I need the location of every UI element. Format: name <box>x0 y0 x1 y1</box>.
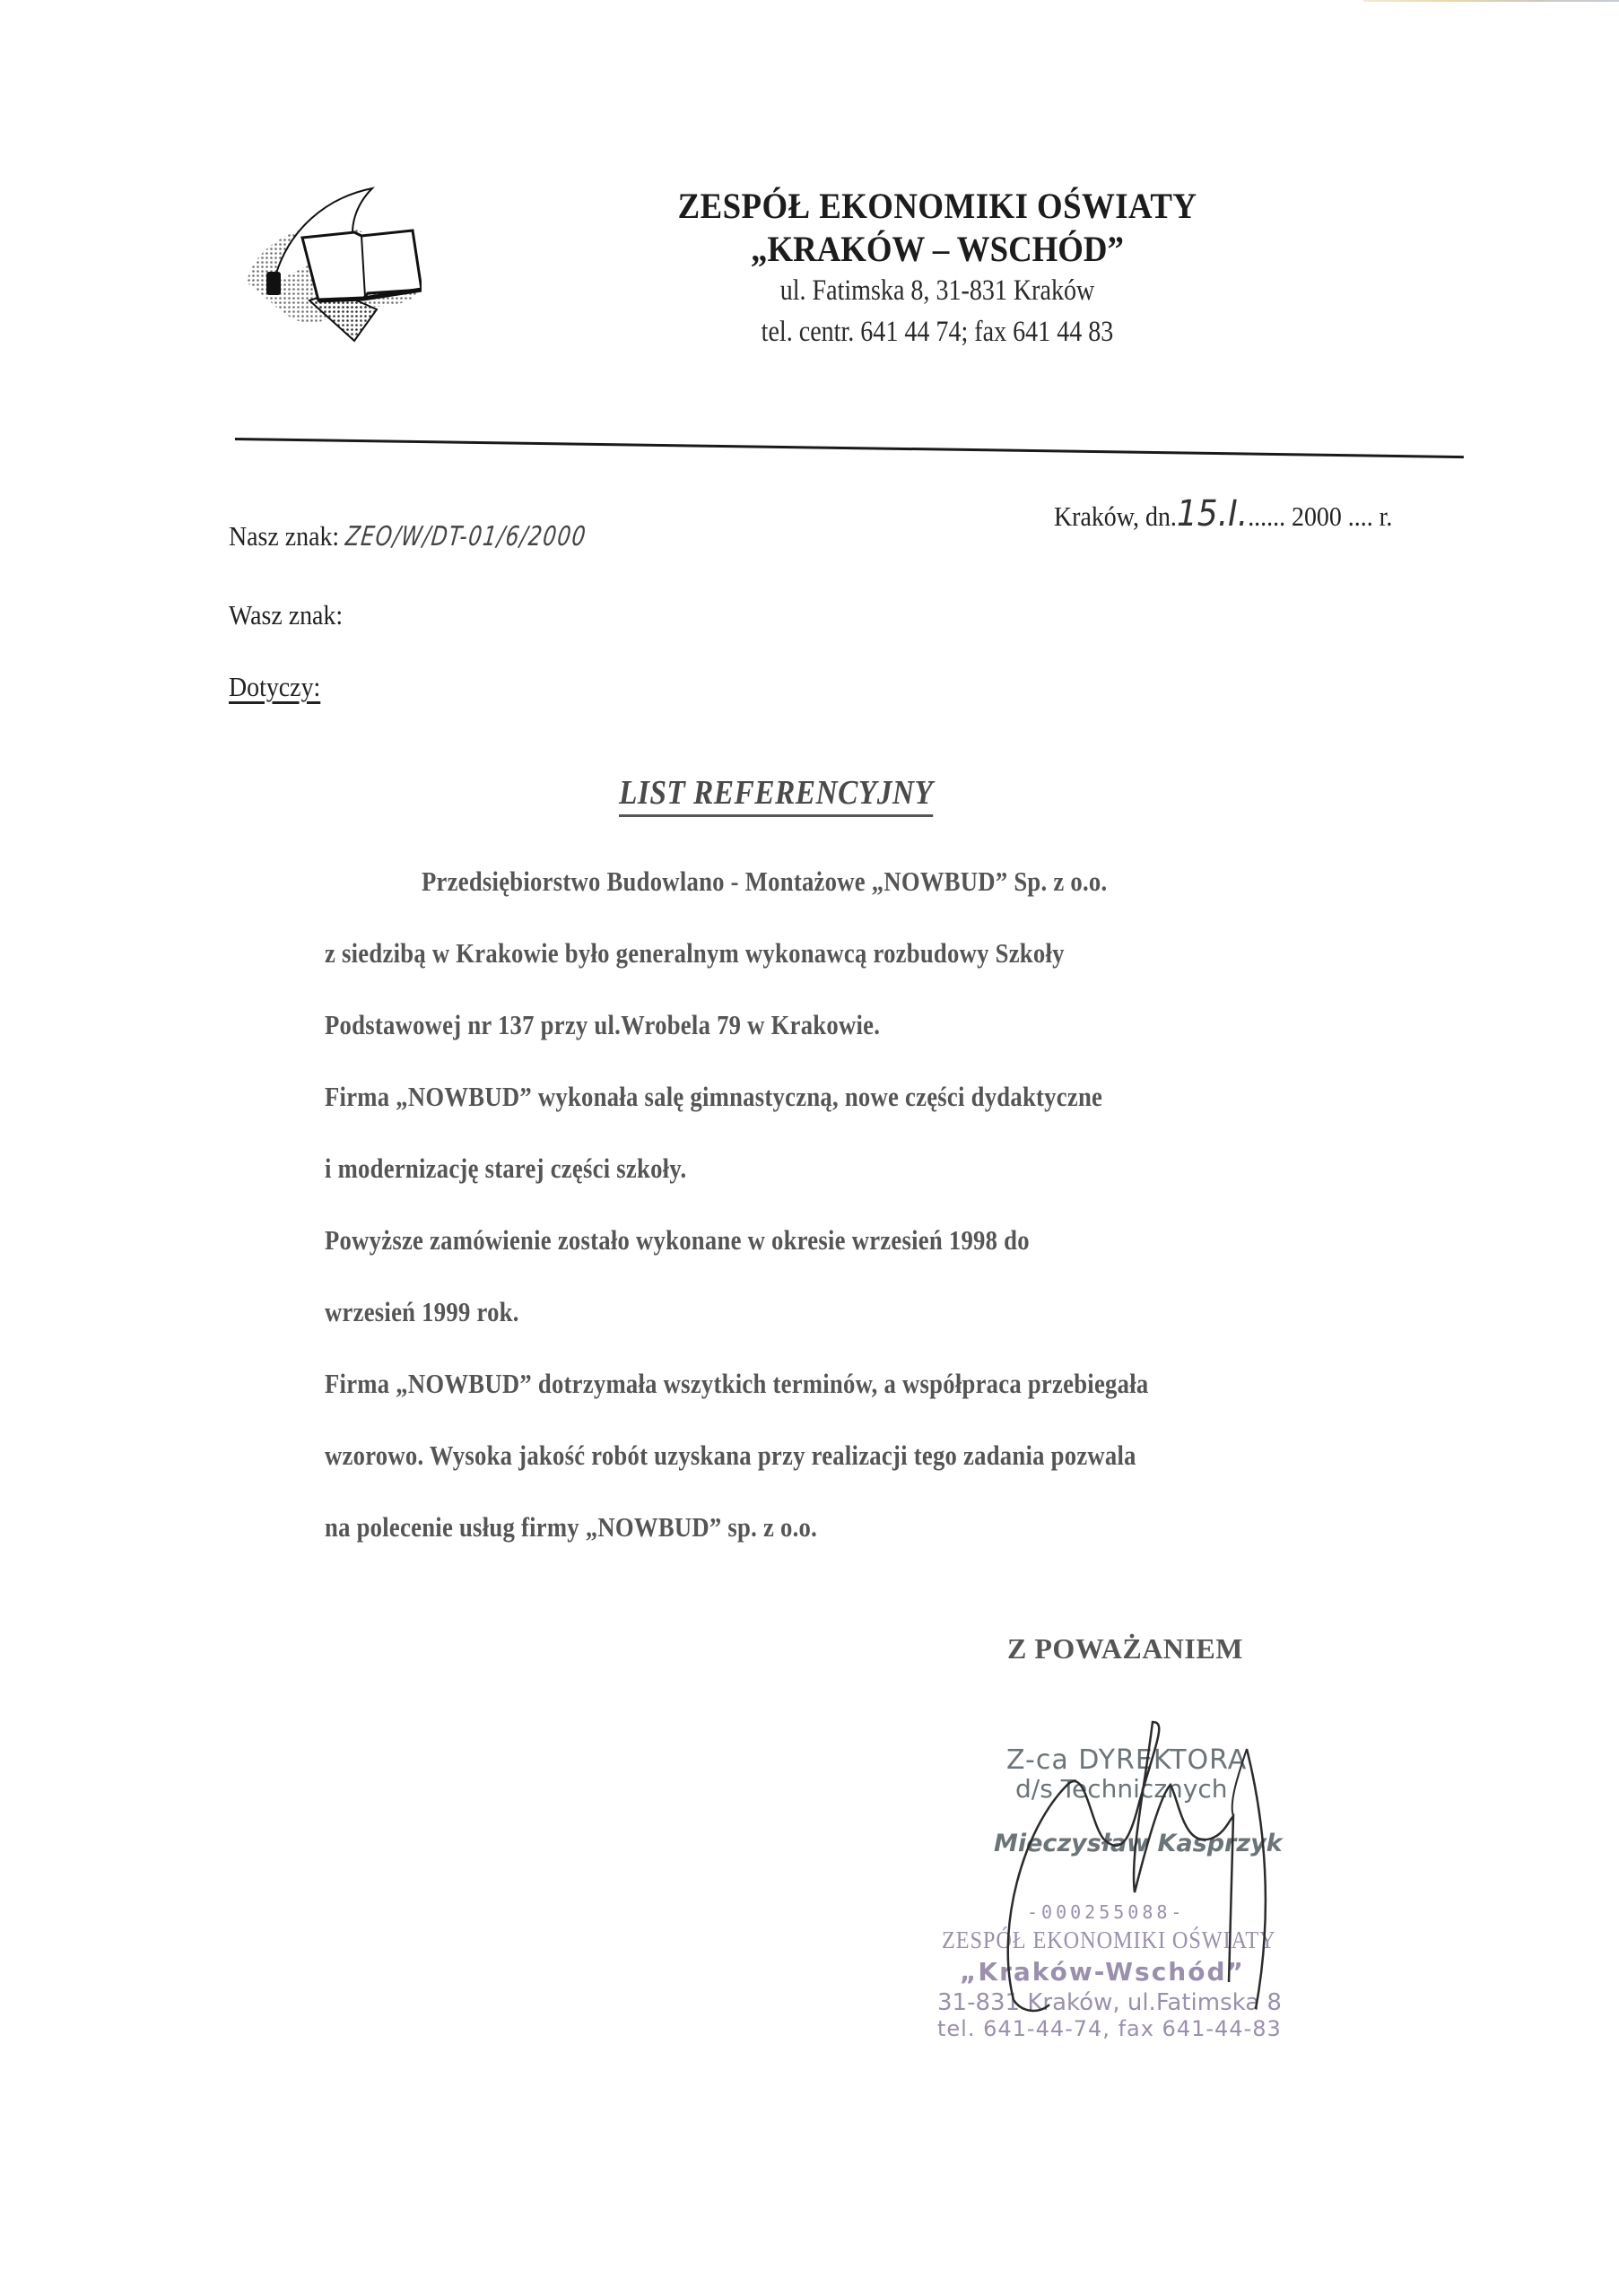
closing: Z POWAŻANIEM <box>1007 1632 1243 1665</box>
your-ref-label: Wasz znak: <box>229 599 343 631</box>
org-address: ul. Fatimska 8, 31-831 Kraków <box>644 270 1232 311</box>
letterhead: ZESPÓŁ EKONOMIKI OŚWIATY „KRAKÓW – WSCHÓ… <box>592 184 1283 352</box>
body-line: Firma „NOWBUD” dotrzymała wszytkich term… <box>325 1368 1148 1400</box>
stamp-org-line2: „Kraków-Wschód” <box>960 1957 1245 1987</box>
org-name-line1: ZESPÓŁ EKONOMIKI OŚWIATY <box>620 184 1255 229</box>
book-quill-inkwell-icon <box>220 166 422 345</box>
org-phone: tel. centr. 641 44 74; fax 641 44 83 <box>644 311 1232 352</box>
body-line: wzorowo. Wysoka jakość robót uzyskana pr… <box>325 1439 1136 1472</box>
stamp-name: Mieczysław Kasprzyk <box>994 1830 1283 1857</box>
stamp-address: 31-831 Kraków, ul.Fatimska 8 <box>937 1989 1282 2016</box>
stamp-org-line1: ZESPÓŁ EKONOMIKI OŚWIATY <box>942 1926 1276 1954</box>
date-year: 2000 <box>1292 500 1342 532</box>
scan-edge <box>1363 0 1619 2</box>
org-name-line2: „KRAKÓW – WSCHÓD” <box>620 229 1255 270</box>
stamp-position-line2: d/s Technicznych <box>1015 1774 1227 1804</box>
body-line: i modernizację starej części szkoły. <box>325 1152 686 1185</box>
body-line: Powyższe zamówienie zostało wykonane w o… <box>325 1224 1030 1257</box>
letter-title: LIST REFERENCYJNY <box>619 773 933 817</box>
date-prefix: Kraków, dn. <box>1054 500 1177 532</box>
body-line: wrzesień 1999 rok. <box>325 1296 519 1328</box>
body-line: Firma „NOWBUD” wykonała salę gimnastyczn… <box>325 1081 1102 1113</box>
body-line: Przedsiębiorstwo Budowlano - Montażowe „… <box>422 865 1107 898</box>
body-line: z siedzibą w Krakowie było generalnym wy… <box>325 937 1065 970</box>
our-reference: Nasz znak: ZEO/W/DT-01/6/2000 <box>229 520 629 552</box>
stamp-phone: tel. 641-44-74, fax 641-44-83 <box>937 2016 1282 2041</box>
stamp-position-line1: Z-ca DYREKTORA <box>1006 1744 1247 1776</box>
body-line: na polecenie usług firmy „NOWBUD” sp. z … <box>325 1511 817 1544</box>
stamp-number: -000255088- <box>1027 1901 1185 1923</box>
our-ref-label: Nasz znak: <box>229 520 339 552</box>
date-handwritten: 15.I. <box>1177 493 1248 535</box>
date-suffix: .... r. <box>1348 500 1393 532</box>
body-line: Podstawowej nr 137 przy ul.Wrobela 79 w … <box>325 1009 880 1041</box>
date-dots: ...... <box>1248 500 1285 532</box>
our-ref-handwritten: ZEO/W/DT-01/6/2000 <box>344 521 588 552</box>
header-divider <box>235 438 1464 458</box>
subject-label: Dotyczy: <box>229 671 320 703</box>
letter-date: Kraków, dn.15.I....... 2000 .... r. <box>1054 493 1392 535</box>
